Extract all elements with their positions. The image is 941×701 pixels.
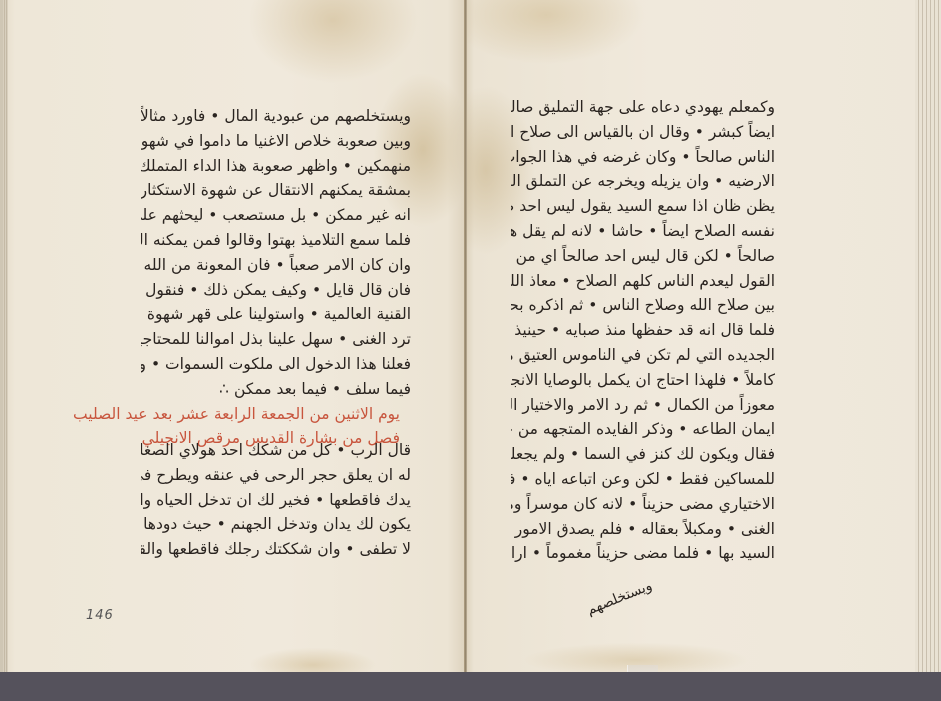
text-line: ترد الغنى • سهل علينا بذل اموالنا للمحتا… bbox=[141, 327, 411, 352]
text-line: الارضيه • وان يزيله ويخرجه عن التملق الغ… bbox=[511, 169, 775, 194]
text-line: السيد بها • فلما مضى حزيناً مغموماً • ار… bbox=[511, 541, 775, 566]
rubric-line: يوم الاثنين من الجمعة الرابعة عشر بعد عي… bbox=[160, 402, 400, 426]
text-line: القول ليعدم الناس كلهم الصلاح • معاذ الل… bbox=[511, 269, 775, 294]
book-gutter bbox=[464, 0, 467, 672]
background-surface bbox=[0, 672, 941, 701]
text-line: وان كان الامر صعباً • فان المعونة من الل… bbox=[141, 253, 411, 278]
text-line: وبين صعوبة خلاص الاغنيا ما داموا في شهوة… bbox=[141, 129, 411, 154]
text-line: معوزاً من الكمال • ثم رد الامر والاختيار… bbox=[511, 393, 775, 418]
text-line: يدك فاقطعها • فخير لك ان تدخل الحياه وان… bbox=[141, 488, 411, 513]
left-page-text-top: ويستخلصهم من عبودية المال • فاورد مثالاً… bbox=[141, 104, 411, 402]
text-line: فان قال قايل • وكيف يمكن ذلك • فنقول له … bbox=[141, 278, 411, 303]
manuscript-spread: ويستخلصهم من عبودية المال • فاورد مثالاً… bbox=[0, 0, 941, 672]
text-line: يكون لك يدان وتدخل الجهنم • حيث دودها لا… bbox=[141, 512, 411, 537]
text-line: الاختياري مضى حزيناً • لانه كان موسراً و… bbox=[511, 492, 775, 517]
text-line: كاملاً • فلهذا احتاج ان يكمل بالوصايا ال… bbox=[511, 368, 775, 393]
text-line: الجديده التي لم تكن في الناموس العتيق مو… bbox=[511, 343, 775, 368]
text-line: الغنى • ومكبلاً بعقاله • فلم يصدق الامور… bbox=[511, 517, 775, 542]
text-line: فقال ويكون لك كنز في السما • ولم يجعله ا… bbox=[511, 442, 775, 467]
text-line: فعلنا هذا الدخول الى ملكوت السموات • وصا… bbox=[141, 352, 411, 377]
text-line: يظن ظان اذا سمع السيد يقول ليس احد صالحا… bbox=[511, 194, 775, 219]
left-page-edges bbox=[3, 0, 8, 672]
text-line: فلما قال انه قد حفظها منذ صبايه • حينيذ … bbox=[511, 318, 775, 343]
text-line: فلما سمع التلاميذ بهتوا وقالوا فمن يمكنه… bbox=[141, 228, 411, 253]
text-line: فيما سلف • فيما بعد ممكن ∴ bbox=[141, 377, 411, 402]
text-line: منهمكين • واظهر صعوبة هذا الداء المتملك … bbox=[141, 154, 411, 179]
text-line: القنية العالمية • واستولينا على قهر شهوة… bbox=[141, 302, 411, 327]
text-line: بين صلاح الله وصلاح الناس • ثم اذكره بحف… bbox=[511, 293, 775, 318]
text-line: الناس صالحاً • وكان غرضه في هذا الجواب ا… bbox=[511, 145, 775, 170]
text-line: نفسه الصلاح ايضاً • حاشا • لانه لم يقل ه… bbox=[511, 219, 775, 244]
text-line: ايمان الطاعه • وذكر الفايده المتجهه من ح… bbox=[511, 417, 775, 442]
right-page-text: وكمعلم يهودي دعاه على جهة التمليق صالحاً… bbox=[511, 95, 775, 566]
text-line: صالحاً • لكن قال ليس احد صالحاً اي من ال… bbox=[511, 244, 775, 269]
folio-number: 146 bbox=[86, 608, 114, 623]
left-page-text-bottom: قال الرب • كل من شكك احد هولاي الصغار ال… bbox=[141, 438, 411, 562]
text-line: وكمعلم يهودي دعاه على جهة التمليق صالحاً… bbox=[511, 95, 775, 120]
text-line: بمشقة يمكنهم الانتقال عن شهوة الاستكثار … bbox=[141, 178, 411, 203]
right-page-edges bbox=[915, 0, 941, 672]
text-line: قال الرب • كل من شكك احد هولاي الصغار ال… bbox=[141, 438, 411, 463]
text-line: له ان يعلق حجر الرحى في عنقه ويطرح في ال… bbox=[141, 463, 411, 488]
text-line: ويستخلصهم من عبودية المال • فاورد مثالاً… bbox=[141, 104, 411, 129]
text-line: للمساكين فقط • لكن وعن اتباعه اياه • فلم… bbox=[511, 467, 775, 492]
text-line: لا تطفى • وان شككتك رجلك فاقطعها والقها … bbox=[141, 537, 411, 562]
text-line: انه غير ممكن • بل مستصعب • ليحثهم على طل… bbox=[141, 203, 411, 228]
text-line: ايضاً كبشر • وقال ان بالقياس الى صلاح ال… bbox=[511, 120, 775, 145]
